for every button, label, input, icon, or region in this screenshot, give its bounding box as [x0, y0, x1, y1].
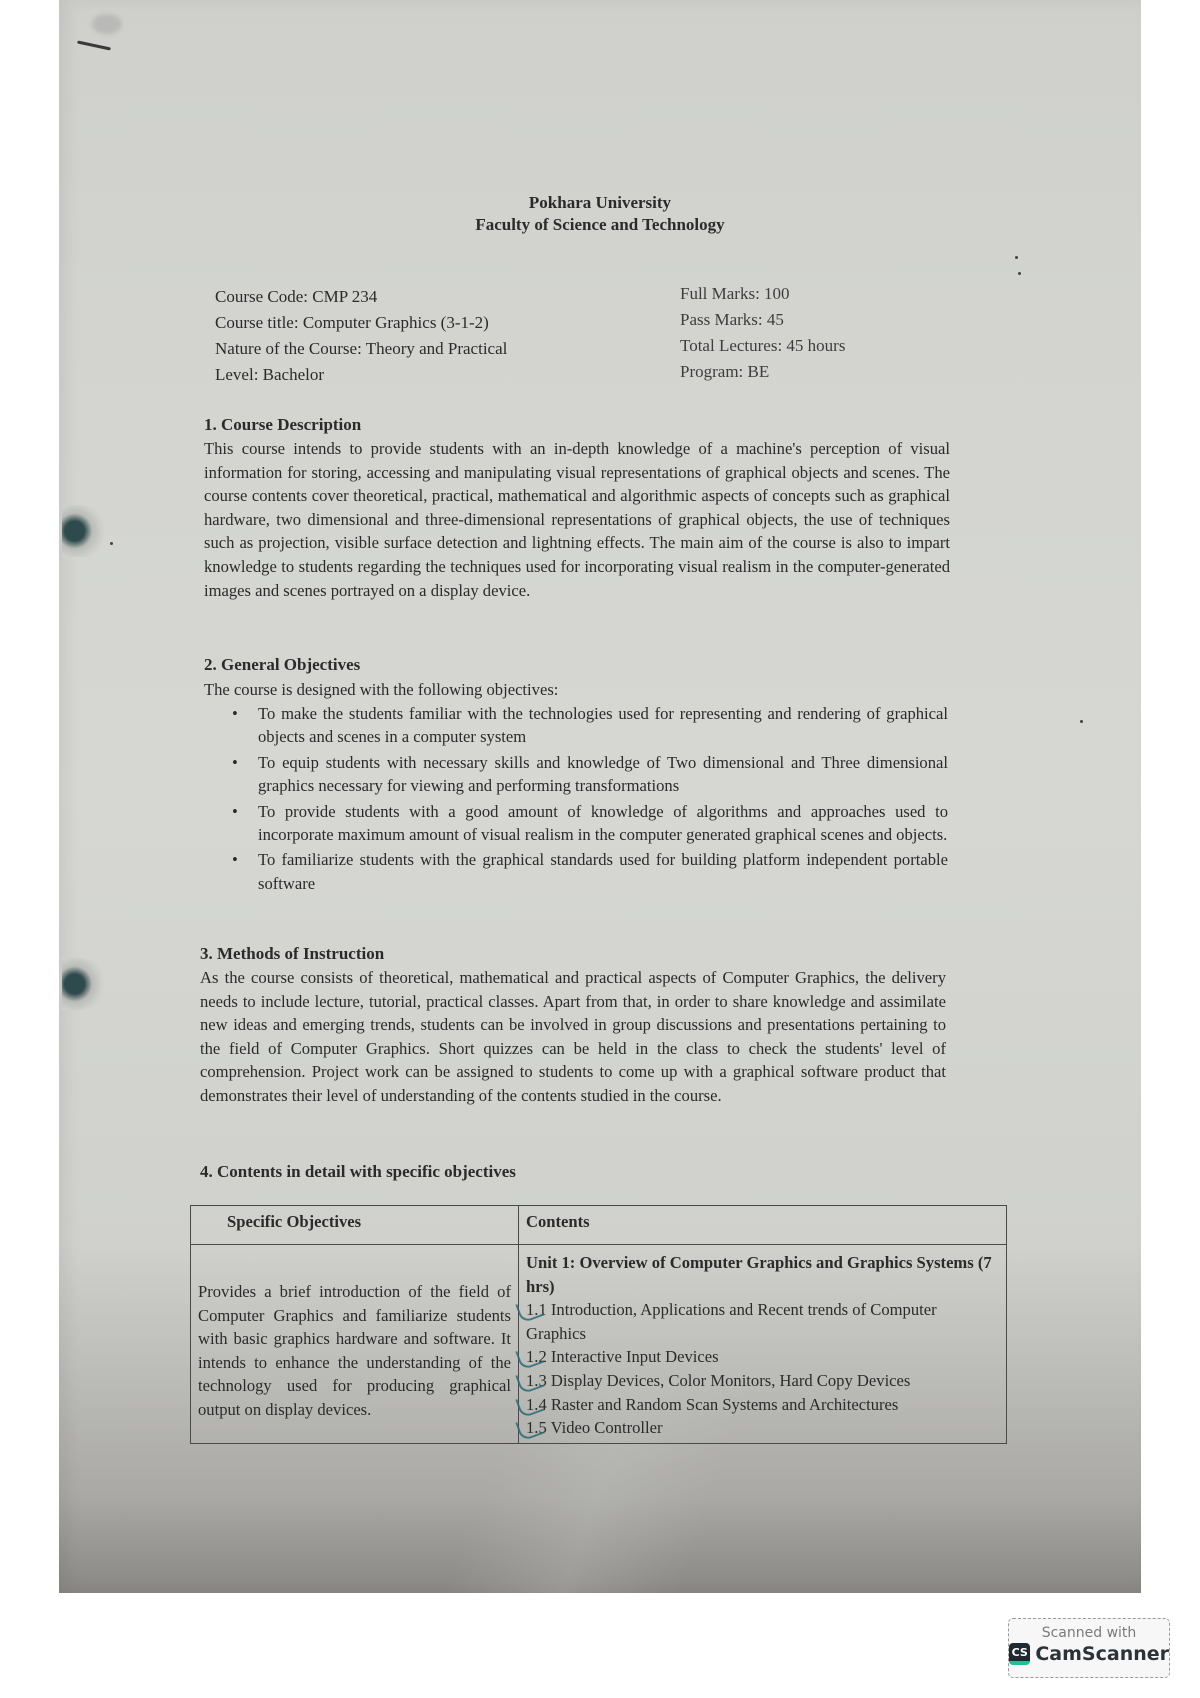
content-item: 1.4 Raster and Random Scan Systems and A…	[526, 1393, 999, 1417]
camscanner-logo-icon: CS	[1009, 1643, 1030, 1665]
program: Program: BE	[680, 362, 769, 382]
header-specific-objectives: Specific Objectives	[191, 1206, 519, 1245]
course-title: Course title: Computer Graphics (3-1-2)	[215, 313, 489, 333]
watermark-caption: Scanned with	[1009, 1625, 1169, 1641]
header-contents: Contents	[519, 1206, 1007, 1245]
camscanner-watermark: Scanned with CS CamScanner	[1008, 1618, 1170, 1678]
methods-text: As the course consists of theoretical, m…	[200, 966, 946, 1108]
objective-item: •To make the students familiar with the …	[232, 702, 948, 749]
pass-marks: Pass Marks: 45	[680, 310, 784, 330]
unit-title: Unit 1: Overview of Computer Graphics an…	[526, 1251, 999, 1298]
section-heading-description: 1. Course Description	[204, 415, 361, 435]
table-header-row: Specific Objectives Contents	[191, 1206, 1007, 1245]
bullet-icon: •	[232, 848, 238, 871]
punch-hole-top	[62, 505, 104, 557]
content-item: 1.1 Introduction, Applications and Recen…	[526, 1298, 999, 1345]
speck	[1018, 272, 1021, 275]
course-description-text: This course intends to provide students …	[204, 437, 950, 602]
smudge-mark	[92, 14, 122, 34]
section-heading-methods: 3. Methods of Instruction	[200, 944, 384, 964]
watermark-brand-row: CS CamScanner	[1009, 1643, 1169, 1665]
table-row: Provides a brief introduction of the fie…	[191, 1245, 1007, 1444]
content-item: 1.5 Video Controller	[526, 1416, 999, 1440]
section-heading-contents: 4. Contents in detail with specific obje…	[200, 1162, 516, 1182]
university-name: Pokhara University	[0, 193, 1200, 213]
speck	[1080, 720, 1083, 723]
content-item: 1.3 Display Devices, Color Monitors, Har…	[526, 1369, 999, 1393]
bullet-icon: •	[232, 751, 238, 774]
contents-cell: Unit 1: Overview of Computer Graphics an…	[519, 1245, 1007, 1444]
speck	[110, 542, 113, 545]
bullet-icon: •	[232, 800, 238, 823]
full-marks: Full Marks: 100	[680, 284, 790, 304]
punch-hole-bottom	[62, 958, 104, 1010]
objective-item: •To provide students with a good amount …	[232, 800, 948, 847]
speck	[1015, 256, 1018, 259]
bullet-icon: •	[232, 702, 238, 725]
objective-cell: Provides a brief introduction of the fie…	[191, 1245, 519, 1444]
section-heading-objectives: 2. General Objectives	[204, 655, 360, 675]
course-level: Level: Bachelor	[215, 365, 324, 385]
content-item: 1.2 Interactive Input Devices	[526, 1345, 999, 1369]
contents-table: Specific Objectives Contents Provides a …	[190, 1205, 1007, 1444]
objective-item: •To familiarize students with the graphi…	[232, 848, 948, 895]
total-lectures: Total Lectures: 45 hours	[680, 336, 845, 356]
faculty-name: Faculty of Science and Technology	[0, 215, 1200, 235]
watermark-brand: CamScanner	[1035, 1643, 1169, 1665]
course-code: Course Code: CMP 234	[215, 287, 377, 307]
objectives-list: •To make the students familiar with the …	[232, 702, 948, 897]
objective-item: •To equip students with necessary skills…	[232, 751, 948, 798]
course-nature: Nature of the Course: Theory and Practic…	[215, 339, 507, 359]
objectives-intro: The course is designed with the followin…	[204, 678, 950, 702]
